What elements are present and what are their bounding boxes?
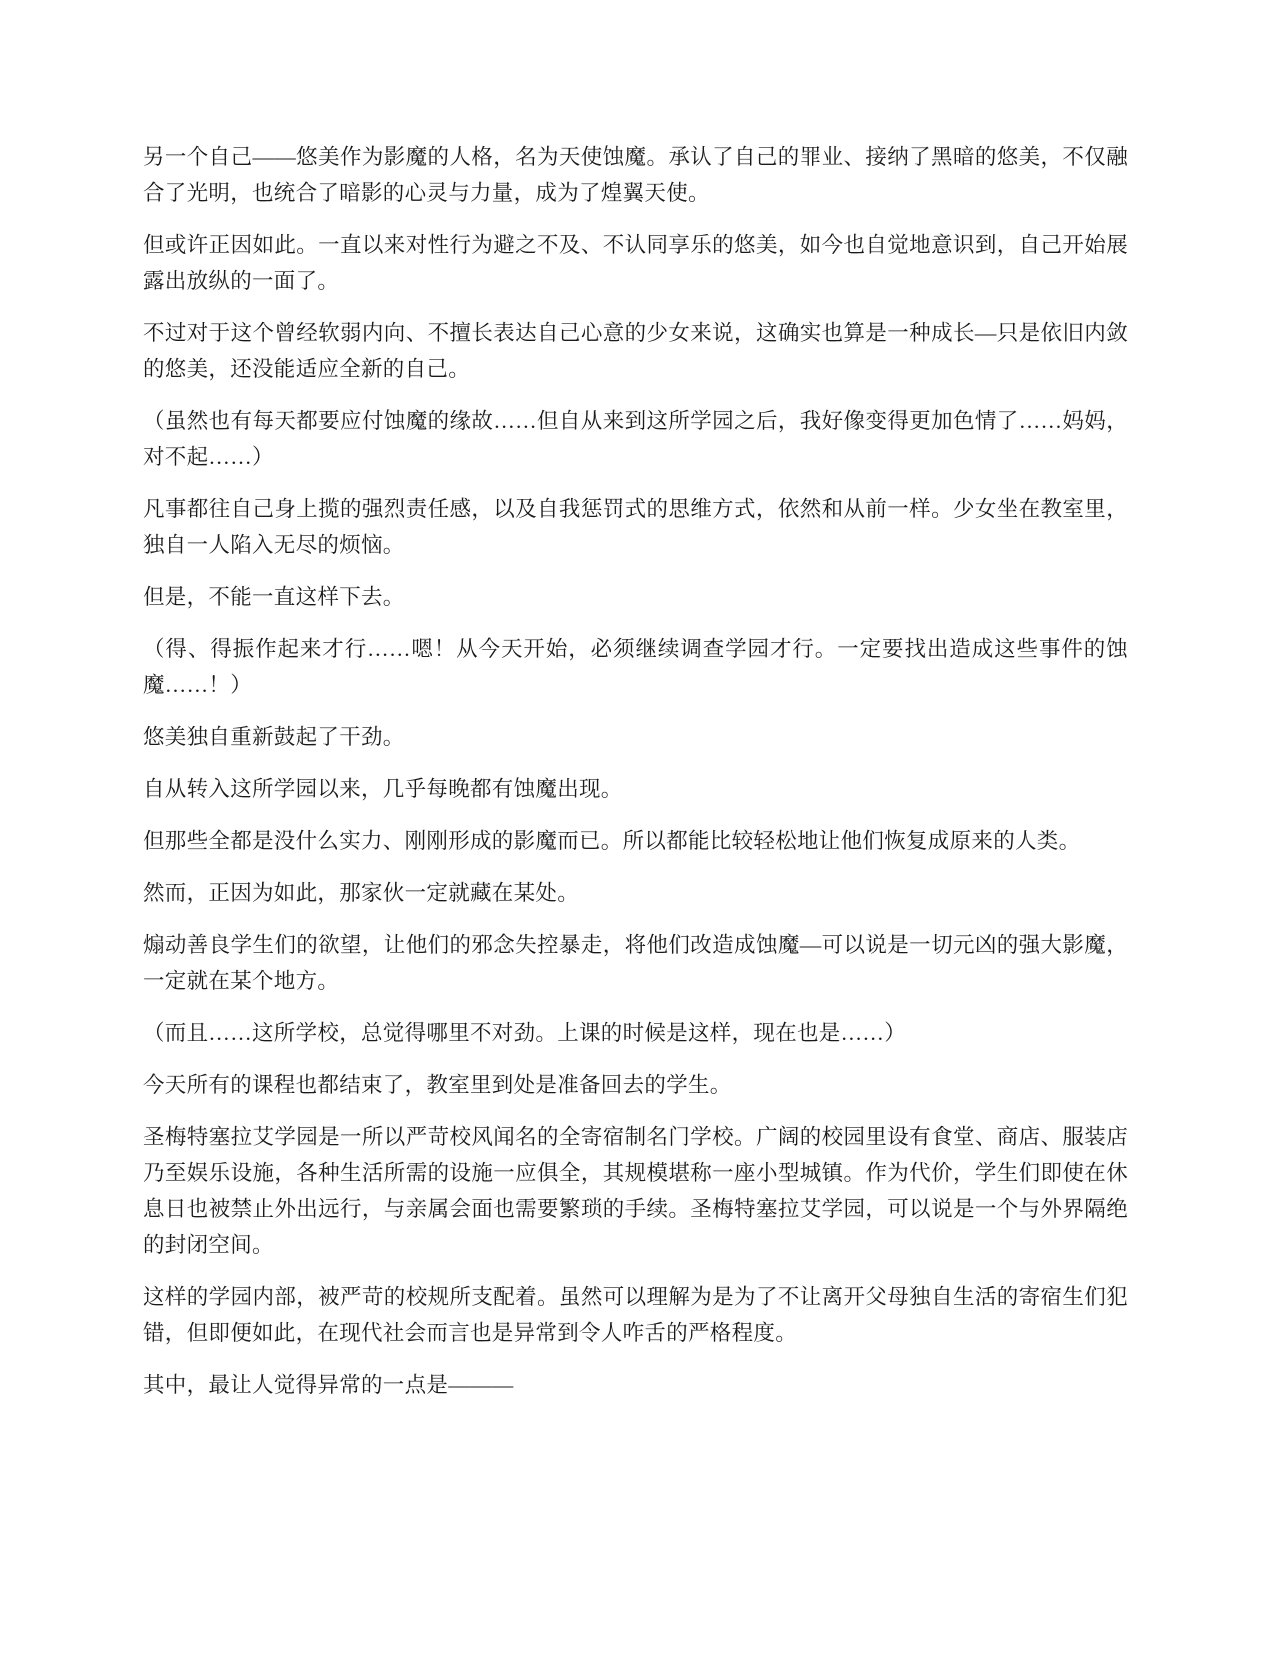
paragraph-11: 然而，正因为如此，那家伙一定就藏在某处。 — [143, 875, 1128, 911]
paragraph-10: 但那些全都是没什么实力、刚刚形成的影魔而已。所以都能比较轻松地让他们恢复成原来的… — [143, 823, 1128, 859]
paragraph-3: 不过对于这个曾经软弱内向、不擅长表达自己心意的少女来说，这确实也算是一种成长—只… — [143, 315, 1128, 387]
paragraph-14: 今天所有的课程也都结束了，教室里到处是准备回去的学生。 — [143, 1067, 1128, 1103]
paragraph-5: 凡事都往自己身上揽的强烈责任感，以及自我惩罚式的思维方式，依然和从前一样。少女坐… — [143, 491, 1128, 563]
paragraph-15: 圣梅特塞拉艾学园是一所以严苛校风闻名的全寄宿制名门学校。广阔的校园里设有食堂、商… — [143, 1119, 1128, 1263]
paragraph-8: 悠美独自重新鼓起了干劲。 — [143, 719, 1128, 755]
text-column: 另一个自己——悠美作为影魔的人格，名为天使蚀魔。承认了自己的罪业、接纳了黑暗的悠… — [0, 0, 1128, 1403]
paragraph-1: 另一个自己——悠美作为影魔的人格，名为天使蚀魔。承认了自己的罪业、接纳了黑暗的悠… — [143, 139, 1128, 211]
paragraph-12: 煽动善良学生们的欲望，让他们的邪念失控暴走，将他们改造成蚀魔—可以说是一切元凶的… — [143, 927, 1128, 999]
paragraph-13: （而且……这所学校，总觉得哪里不对劲。上课的时候是这样，现在也是……） — [143, 1015, 1128, 1051]
paragraph-6: 但是，不能一直这样下去。 — [143, 579, 1128, 615]
document-page: 另一个自己——悠美作为影魔的人格，名为天使蚀魔。承认了自己的罪业、接纳了黑暗的悠… — [0, 0, 1280, 1656]
paragraph-7: （得、得振作起来才行……嗯！从今天开始，必须继续调查学园才行。一定要找出造成这些… — [143, 631, 1128, 703]
paragraph-9: 自从转入这所学园以来，几乎每晚都有蚀魔出现。 — [143, 771, 1128, 807]
paragraph-16: 这样的学园内部，被严苛的校规所支配着。虽然可以理解为是为了不让离开父母独自生活的… — [143, 1279, 1128, 1351]
paragraph-17: 其中，最让人觉得异常的一点是——— — [143, 1367, 1128, 1403]
paragraph-2: 但或许正因如此。一直以来对性行为避之不及、不认同享乐的悠美，如今也自觉地意识到，… — [143, 227, 1128, 299]
paragraph-4: （虽然也有每天都要应付蚀魔的缘故……但自从来到这所学园之后，我好像变得更加色情了… — [143, 403, 1128, 475]
